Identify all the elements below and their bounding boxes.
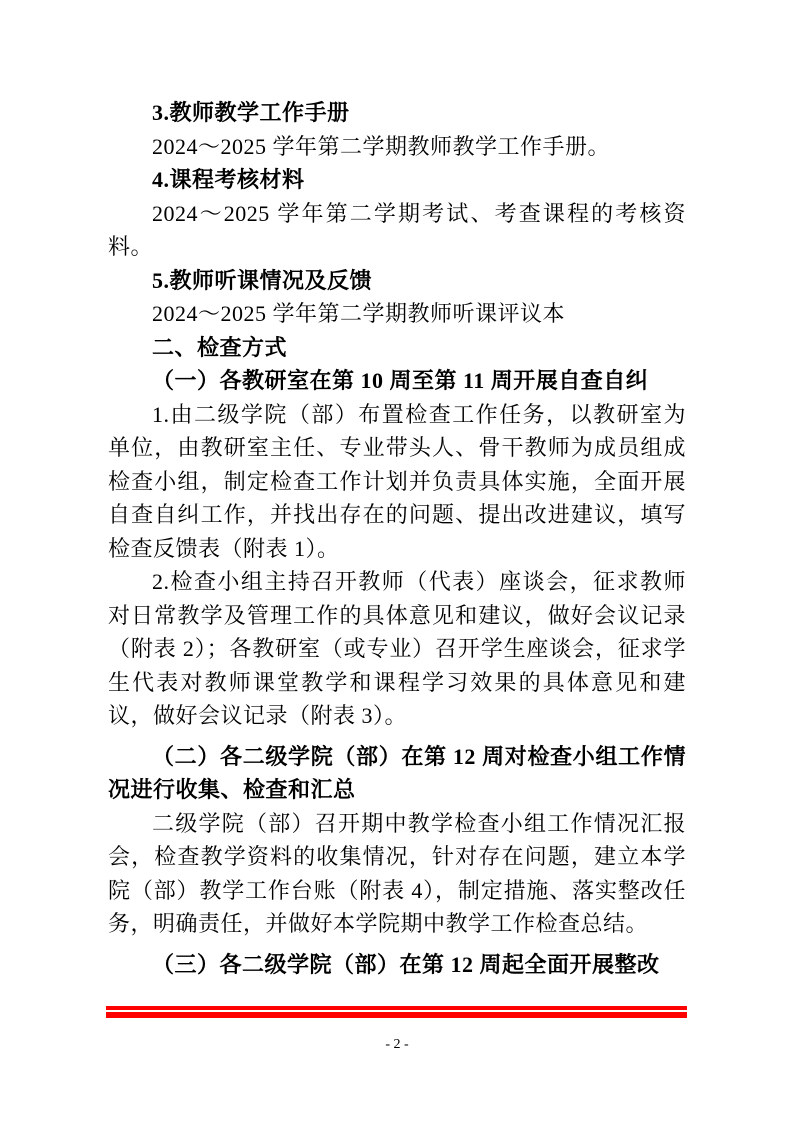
doc-paragraph: 2024～2025 学年第二学期考试、考查课程的考核资料。: [108, 197, 686, 264]
page-number: - 2 -: [0, 1036, 794, 1054]
doc-heading: 二、检查方式: [108, 331, 686, 365]
doc-paragraph: 2.检查小组主持召开教师（代表）座谈会，征求教师对日常教学及管理工作的具体意见和…: [108, 565, 686, 733]
footer-double-rule: [106, 1006, 687, 1018]
doc-heading: 5.教师听课情况及反馈: [108, 264, 686, 298]
doc-paragraph: 1.由二级学院（部）布置检查工作任务，以教研室为单位，由教研室主任、专业带头人、…: [108, 398, 686, 566]
document-body: 3.教师教学工作手册2024～2025 学年第二学期教师教学工作手册。4.课程考…: [108, 96, 686, 981]
doc-paragraph: 二级学院（部）召开期中教学检查小组工作情况汇报会，检查教学资料的收集情况，针对存…: [108, 807, 686, 941]
doc-heading: 4.课程考核材料: [108, 163, 686, 197]
doc-heading: （三）各二级学院（部）在第 12 周起全面开展整改: [108, 948, 686, 982]
document-page: 3.教师教学工作手册2024～2025 学年第二学期教师教学工作手册。4.课程考…: [0, 0, 794, 1123]
doc-heading: （二）各二级学院（部）在第 12 周对检查小组工作情况进行收集、检查和汇总: [108, 740, 686, 807]
doc-heading: （一）各教研室在第 10 周至第 11 周开展自查自纠: [108, 364, 686, 398]
doc-paragraph: 2024～2025 学年第二学期教师听课评议本: [108, 297, 686, 331]
doc-heading: 3.教师教学工作手册: [108, 96, 686, 130]
doc-paragraph: 2024～2025 学年第二学期教师教学工作手册。: [108, 130, 686, 164]
